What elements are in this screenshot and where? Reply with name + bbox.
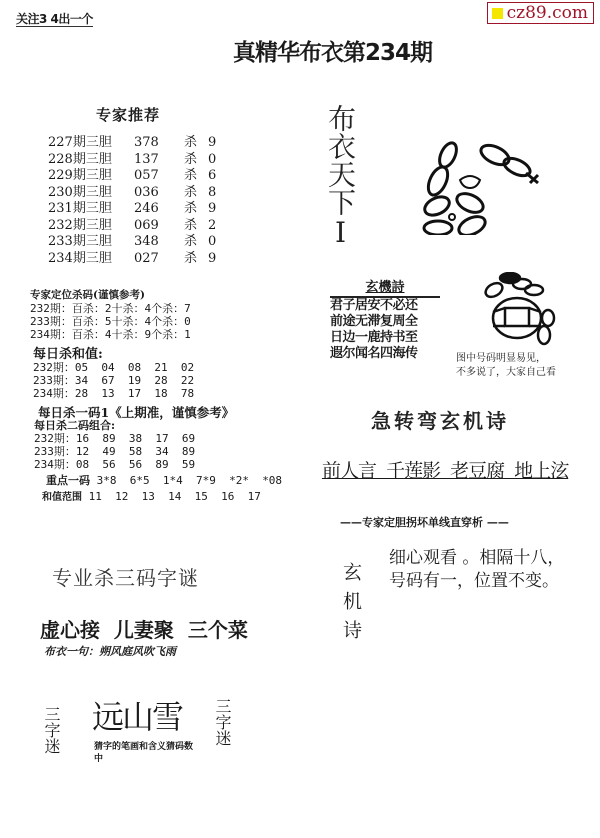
table-row: 229期三胆057杀6 (48, 168, 216, 185)
position-kill-row: 233期：百杀：5十杀：4个杀：0 (30, 315, 191, 328)
focus-code: 重点一码 3*8 6*5 1*4 7*9 *2* *08 (46, 472, 282, 488)
yellow-square-icon (492, 8, 503, 19)
period: 233期三胆 (48, 234, 134, 251)
kill: 9 (208, 135, 216, 152)
phrase-line: 前人言 千莲影 老豆腐 地上泫 (322, 456, 568, 483)
table-row: 233期三胆348杀0 (48, 234, 216, 251)
expert-recommend-title: 专家推荐 (96, 104, 160, 125)
digits: 069 (134, 218, 184, 235)
coin-rings-image (472, 272, 572, 352)
sum-range-label: 和值范围 (42, 492, 82, 503)
position-kill-row: 232期：百杀：2十杀：4个杀：7 (30, 302, 191, 315)
riddle-line: 虚心接 儿妻聚 三个菜 (40, 614, 248, 643)
table-row: 228期三胆137杀0 (48, 152, 216, 169)
sum-range-values: 11 12 13 14 15 16 17 (89, 490, 261, 503)
digits: 246 (134, 201, 184, 218)
riddle-left-label: 三字迷 (43, 706, 59, 754)
digits: 137 (134, 152, 184, 169)
period: 230期三胆 (48, 185, 134, 202)
kill: 8 (208, 185, 216, 202)
sum-kill-row: 233期：34 67 19 28 22 (33, 374, 194, 387)
riddle-main: 远山雪 (92, 692, 182, 738)
kill: 6 (208, 168, 216, 185)
focus-label: 重点一码 (46, 474, 90, 487)
digits: 027 (134, 251, 184, 268)
xuanji-line: 遐尔闻名四海传 (330, 346, 440, 362)
xuanji-line: 君子居安不必还 (330, 298, 440, 314)
kill-label: 杀 (184, 135, 208, 152)
xuanjishi-line: 细心观看 。相隔十八， (389, 547, 564, 570)
xuanji-line: 前途无滞复周全 (330, 314, 440, 330)
watermark-text: cz89.com (507, 3, 588, 23)
digits: 036 (134, 185, 184, 202)
table-row: 231期三胆246杀9 (48, 201, 216, 218)
period: 231期三胆 (48, 201, 134, 218)
table-row: 234期三胆027杀9 (48, 251, 216, 268)
sum-kill-row: 234期：28 13 17 18 78 (33, 387, 194, 400)
position-kill-row: 234期：百杀：4十杀：9个杀：1 (30, 328, 191, 341)
kill: 9 (208, 251, 216, 268)
period: 229期三胆 (48, 168, 134, 185)
picture-note-line: 不多说了，大家自己看 (456, 366, 556, 380)
picture-note-line: 图中号码明显易见， (456, 352, 556, 366)
xuanji-title: 玄機詩 (330, 276, 440, 298)
kill-label: 杀 (184, 251, 208, 268)
riddle-title: 专业杀三码字谜 (52, 562, 199, 591)
jizhuan-title: 急转弯玄机诗 (371, 405, 509, 434)
buyi-line: 布衣一句：朔风庭风吹飞雨 (44, 643, 176, 659)
riddle-right-label: 三字迷 (214, 698, 230, 746)
kill-label: 杀 (184, 201, 208, 218)
table-row: 227期三胆378杀9 (48, 135, 216, 152)
kill: 0 (208, 234, 216, 251)
kill-label: 杀 (184, 185, 208, 202)
kill-label: 杀 (184, 218, 208, 235)
position-kill-title: 专家定位杀码(谨慎参考) (30, 289, 191, 302)
period: 234期三胆 (48, 251, 134, 268)
two-code-row: 233期：12 49 58 34 89 (34, 445, 195, 458)
sum-kill-block: 每日杀和值: 232期：05 04 08 21 02 233期：34 67 19… (33, 348, 194, 400)
sum-kill-title: 每日杀和值: (33, 348, 194, 361)
period: 232期三胆 (48, 218, 134, 235)
digits: 348 (134, 234, 184, 251)
two-code-block: 每日杀二码组合: 232期：16 89 38 17 69 233期：12 49 … (34, 419, 195, 471)
kill-label: 杀 (184, 168, 208, 185)
table-row: 230期三胆036杀8 (48, 185, 216, 202)
buyi-vertical-title: 布衣天下I (326, 104, 354, 249)
position-kill-block: 专家定位杀码(谨慎参考) 232期：百杀：2十杀：4个杀：7 233期：百杀：5… (30, 289, 191, 341)
period: 228期三胆 (48, 152, 134, 169)
two-code-row: 234期：08 56 56 89 59 (34, 458, 195, 471)
expert-recommend-table: 227期三胆378杀9 228期三胆137杀0 229期三胆057杀6 230期… (48, 135, 216, 267)
chain-rings-image (420, 135, 570, 235)
watermark-link[interactable]: cz89.com (487, 2, 594, 24)
kill-label: 杀 (184, 234, 208, 251)
kill: 0 (208, 152, 216, 169)
riddle-note: 猜字的笔画和含义猜码数中 (94, 741, 194, 765)
kill-label: 杀 (184, 152, 208, 169)
page-title: 真精华布衣第234期 (233, 34, 432, 67)
sum-kill-row: 232期：05 04 08 21 02 (33, 361, 194, 374)
focus-values: 3*8 6*5 1*4 7*9 *2* *08 (97, 474, 282, 487)
sum-range: 和值范围 11 12 13 14 15 16 17 (42, 488, 261, 503)
kill: 9 (208, 201, 216, 218)
two-code-title: 每日杀二码组合: (34, 419, 195, 432)
xuanjishi-line: 号码有一，位置不变。 (389, 570, 564, 593)
two-code-row: 232期：16 89 38 17 69 (34, 432, 195, 445)
digits: 378 (134, 135, 184, 152)
xuanjishi-label: 玄机诗 (336, 562, 365, 649)
table-row: 232期三胆069杀2 (48, 218, 216, 235)
period: 227期三胆 (48, 135, 134, 152)
picture-note: 图中号码明显易见， 不多说了，大家自己看 (456, 352, 556, 380)
top-note: 关注3 4出一个 (16, 12, 93, 27)
kill: 2 (208, 218, 216, 235)
expert-analysis-line: ——专家定胆拐坏单线直穿析 —— (340, 514, 509, 530)
xuanji-poem-box: 玄機詩 君子居安不必还 前途无滞复周全 日边一鹿持书至 遐尔闻名四海传 (330, 276, 440, 362)
digits: 057 (134, 168, 184, 185)
xuanjishi-text: 细心观看 。相隔十八， 号码有一，位置不变。 (389, 547, 564, 593)
xuanji-line: 日边一鹿持书至 (330, 330, 440, 346)
